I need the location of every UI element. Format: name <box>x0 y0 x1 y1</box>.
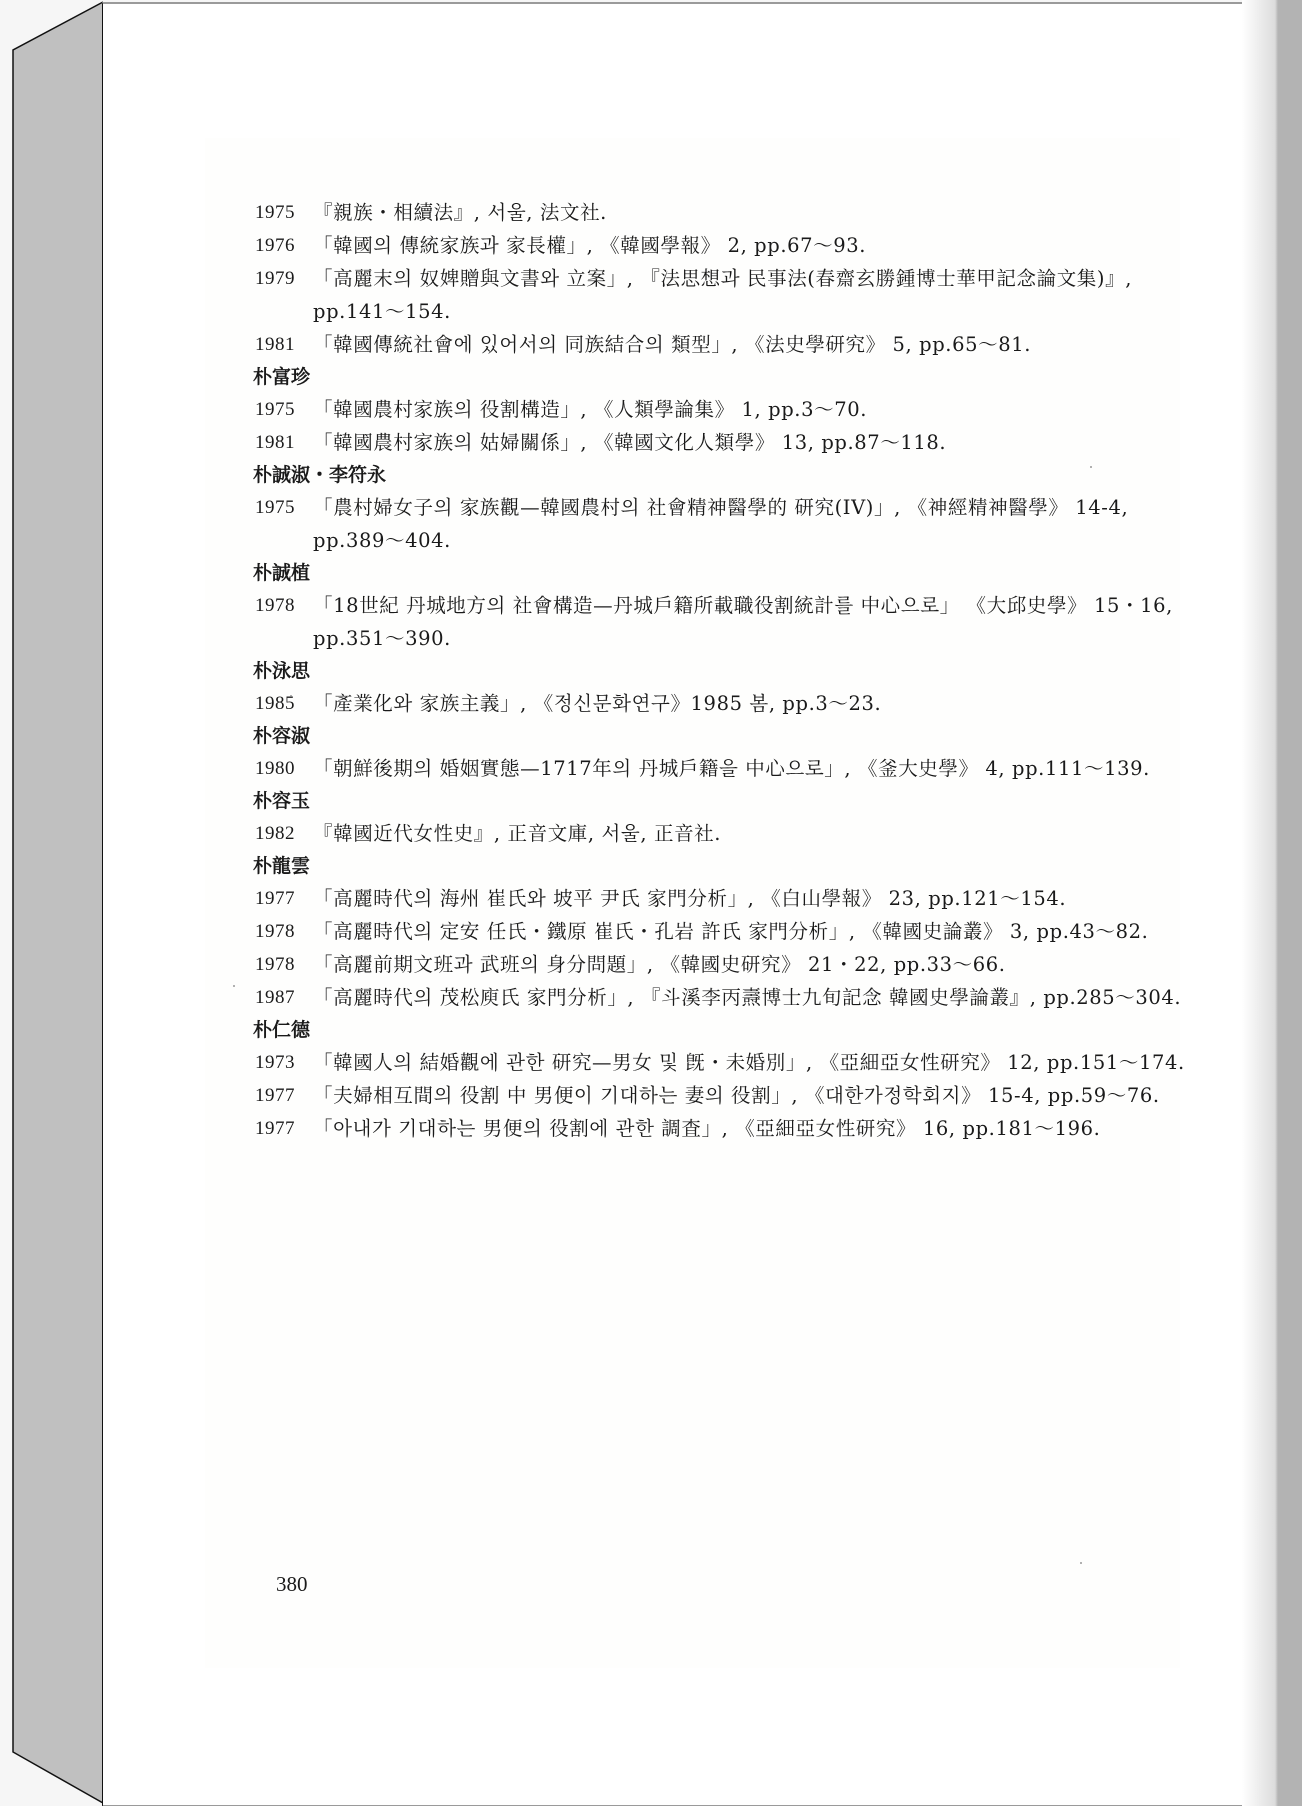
entry-citation: 「產業化와 家族主義」, 《정신문화연구》1985 봄, pp.3～23. <box>303 687 1190 720</box>
bibliography-group: 朴仁德 1973 「韓國人의 結婚觀에 관한 研究—男女 및 旣・未婚別」, 《… <box>255 1014 1190 1145</box>
page-edge-shadow <box>1242 0 1302 1806</box>
author-heading: 朴仁德 <box>253 1014 1190 1046</box>
bibliography-group: 朴富珍 1975 「韓國農村家族의 役割構造」, 《人類學論集》 1, pp.3… <box>255 361 1190 459</box>
entry-citation: 「韓國農村家族의 姑婦關係」, 《韓國文化人類學》 13, pp.87～118. <box>303 426 1190 459</box>
bibliography-entry: 1978 「18世紀 丹城地方의 社會構造—丹城戶籍所載職役割統計를 中心으로」… <box>255 589 1190 655</box>
entry-citation: 「18世紀 丹城地方의 社會構造—丹城戶籍所載職役割統計를 中心으로」 《大邱史… <box>303 589 1190 655</box>
bibliography-group: 朴容淑 1980 「朝鮮後期의 婚姻實態—1717年의 丹城戶籍을 中心으로」,… <box>255 720 1190 785</box>
bibliography-entry: 1982 『韓國近代女性史』, 正音文庫, 서울, 正音社. <box>255 817 1190 850</box>
entry-citation: 「高麗末의 奴婢贈與文書와 立案」, 『法思想과 民事法(春齋玄勝鍾博士華甲記念… <box>303 262 1190 328</box>
scan-speck <box>290 695 292 697</box>
bibliography-entry: 1979 「高麗末의 奴婢贈與文書와 立案」, 『法思想과 民事法(春齋玄勝鍾博… <box>255 262 1190 328</box>
bibliography-entry: 1985 「產業化와 家族主義」, 《정신문화연구》1985 봄, pp.3～2… <box>255 687 1190 720</box>
bibliography-list: 1975 『親族・相續法』, 서울, 法文社. 1976 「韓國의 傳統家族과 … <box>255 196 1190 1145</box>
author-heading: 朴誠淑・李符永 <box>253 459 1190 491</box>
entry-year: 1977 <box>255 1112 303 1145</box>
entry-year: 1977 <box>255 882 303 915</box>
entry-year: 1975 <box>255 196 303 229</box>
entry-year: 1982 <box>255 817 303 850</box>
page-number: 380 <box>276 1572 308 1597</box>
bibliography-entry: 1975 「韓國農村家族의 役割構造」, 《人類學論集》 1, pp.3～70. <box>255 393 1190 426</box>
entry-citation: 「農村婦女子의 家族觀—韓國農村의 社會精神醫學的 研究(IV)」, 《神經精神… <box>303 491 1190 557</box>
entry-year: 1977 <box>255 1079 303 1112</box>
bibliography-entry: 1987 「高麗時代의 茂松庾氏 家門分析」, 『斗溪李丙燾博士九旬記念 韓國史… <box>255 981 1190 1014</box>
entry-year: 1978 <box>255 915 303 948</box>
entry-citation: 『親族・相續法』, 서울, 法文社. <box>303 196 1190 229</box>
entry-year: 1978 <box>255 589 303 655</box>
entry-year: 1985 <box>255 687 303 720</box>
author-heading: 朴容玉 <box>253 785 1190 817</box>
entry-year: 1987 <box>255 981 303 1014</box>
entry-citation: 「朝鮮後期의 婚姻實態—1717年의 丹城戶籍을 中心으로」, 《釜大史學》 4… <box>303 752 1190 785</box>
entry-citation: 「高麗時代의 茂松庾氏 家門分析」, 『斗溪李丙燾博士九旬記念 韓國史學論叢』,… <box>303 981 1190 1014</box>
bibliography-group: 1975 『親族・相續法』, 서울, 法文社. 1976 「韓國의 傳統家族과 … <box>255 196 1190 361</box>
bibliography-group: 朴泳思 1985 「產業化와 家族主義」, 《정신문화연구》1985 봄, pp… <box>255 655 1190 720</box>
bibliography-entry: 1981 「韓國農村家族의 姑婦關係」, 《韓國文化人類學》 13, pp.87… <box>255 426 1190 459</box>
bibliography-entry: 1978 「高麗前期文班과 武班의 身分問題」, 《韓國史研究》 21・22, … <box>255 948 1190 981</box>
book-spine <box>13 0 103 1806</box>
bibliography-group: 朴龍雲 1977 「高麗時代의 海州 崔氏와 坡平 尹氏 家門分析」, 《白山學… <box>255 850 1190 1014</box>
entry-year: 1978 <box>255 948 303 981</box>
bibliography-group: 朴誠植 1978 「18世紀 丹城地方의 社會構造—丹城戶籍所載職役割統計를 中… <box>255 557 1190 655</box>
bibliography-entry: 1977 「夫婦相互間의 役割 中 男便이 기대하는 妻의 役割」, 《대한가정… <box>255 1079 1190 1112</box>
bibliography-group: 朴容玉 1982 『韓國近代女性史』, 正音文庫, 서울, 正音社. <box>255 785 1190 850</box>
entry-year: 1979 <box>255 262 303 328</box>
entry-year: 1981 <box>255 328 303 361</box>
entry-citation: 「韓國傳統社會에 있어서의 同族結合의 類型」, 《法史學研究》 5, pp.6… <box>303 328 1190 361</box>
entry-citation: 「韓國의 傳統家族과 家長權」, 《韓國學報》 2, pp.67～93. <box>303 229 1190 262</box>
author-heading: 朴容淑 <box>253 720 1190 752</box>
author-heading: 朴泳思 <box>253 655 1190 687</box>
entry-year: 1981 <box>255 426 303 459</box>
bibliography-entry: 1975 『親族・相續法』, 서울, 法文社. <box>255 196 1190 229</box>
bibliography-entry: 1976 「韓國의 傳統家族과 家長權」, 《韓國學報》 2, pp.67～93… <box>255 229 1190 262</box>
bibliography-entry: 1981 「韓國傳統社會에 있어서의 同族結合의 類型」, 《法史學研究》 5,… <box>255 328 1190 361</box>
bibliography-entry: 1977 「高麗時代의 海州 崔氏와 坡平 尹氏 家門分析」, 《白山學報》 2… <box>255 882 1190 915</box>
entry-citation: 「高麗時代의 海州 崔氏와 坡平 尹氏 家門分析」, 《白山學報》 23, pp… <box>303 882 1190 915</box>
entry-citation: 「高麗時代의 定安 任氏・鐵原 崔氏・孔岩 許氏 家門分析」, 《韓國史論叢》 … <box>303 915 1190 948</box>
entry-citation: 「高麗前期文班과 武班의 身分問題」, 《韓國史研究》 21・22, pp.33… <box>303 948 1190 981</box>
entry-citation: 「韓國農村家族의 役割構造」, 《人類學論集》 1, pp.3～70. <box>303 393 1190 426</box>
entry-citation: 「韓國人의 結婚觀에 관한 研究—男女 및 旣・未婚別」, 《亞細亞女性研究》 … <box>303 1046 1190 1079</box>
scan-speck <box>233 985 235 987</box>
bibliography-entry: 1973 「韓國人의 結婚觀에 관한 研究—男女 및 旣・未婚別」, 《亞細亞女… <box>255 1046 1190 1079</box>
bibliography-entry: 1978 「高麗時代의 定安 任氏・鐵原 崔氏・孔岩 許氏 家門分析」, 《韓國… <box>255 915 1190 948</box>
entry-citation: 『韓國近代女性史』, 正音文庫, 서울, 正音社. <box>303 817 1190 850</box>
entry-year: 1976 <box>255 229 303 262</box>
entry-citation: 「夫婦相互間의 役割 中 男便이 기대하는 妻의 役割」, 《대한가정학회지》 … <box>303 1079 1190 1112</box>
scan-speck <box>1080 1562 1082 1564</box>
entry-year: 1975 <box>255 491 303 557</box>
author-heading: 朴誠植 <box>253 557 1190 589</box>
author-heading: 朴富珍 <box>253 361 1190 393</box>
bibliography-entry: 1980 「朝鮮後期의 婚姻實態—1717年의 丹城戶籍을 中心으로」, 《釜大… <box>255 752 1190 785</box>
entry-year: 1980 <box>255 752 303 785</box>
bibliography-entry: 1975 「農村婦女子의 家族觀—韓國農村의 社會精神醫學的 研究(IV)」, … <box>255 491 1190 557</box>
entry-year: 1975 <box>255 393 303 426</box>
bibliography-entry: 1977 「아내가 기대하는 男便의 役割에 관한 調査」, 《亞細亞女性研究》… <box>255 1112 1190 1145</box>
scan-speck <box>1090 466 1092 468</box>
bibliography-group: 朴誠淑・李符永 1975 「農村婦女子의 家族觀—韓國農村의 社會精神醫學的 研… <box>255 459 1190 557</box>
entry-year: 1973 <box>255 1046 303 1079</box>
entry-citation: 「아내가 기대하는 男便의 役割에 관한 調査」, 《亞細亞女性研究》 16, … <box>303 1112 1190 1145</box>
author-heading: 朴龍雲 <box>253 850 1190 882</box>
